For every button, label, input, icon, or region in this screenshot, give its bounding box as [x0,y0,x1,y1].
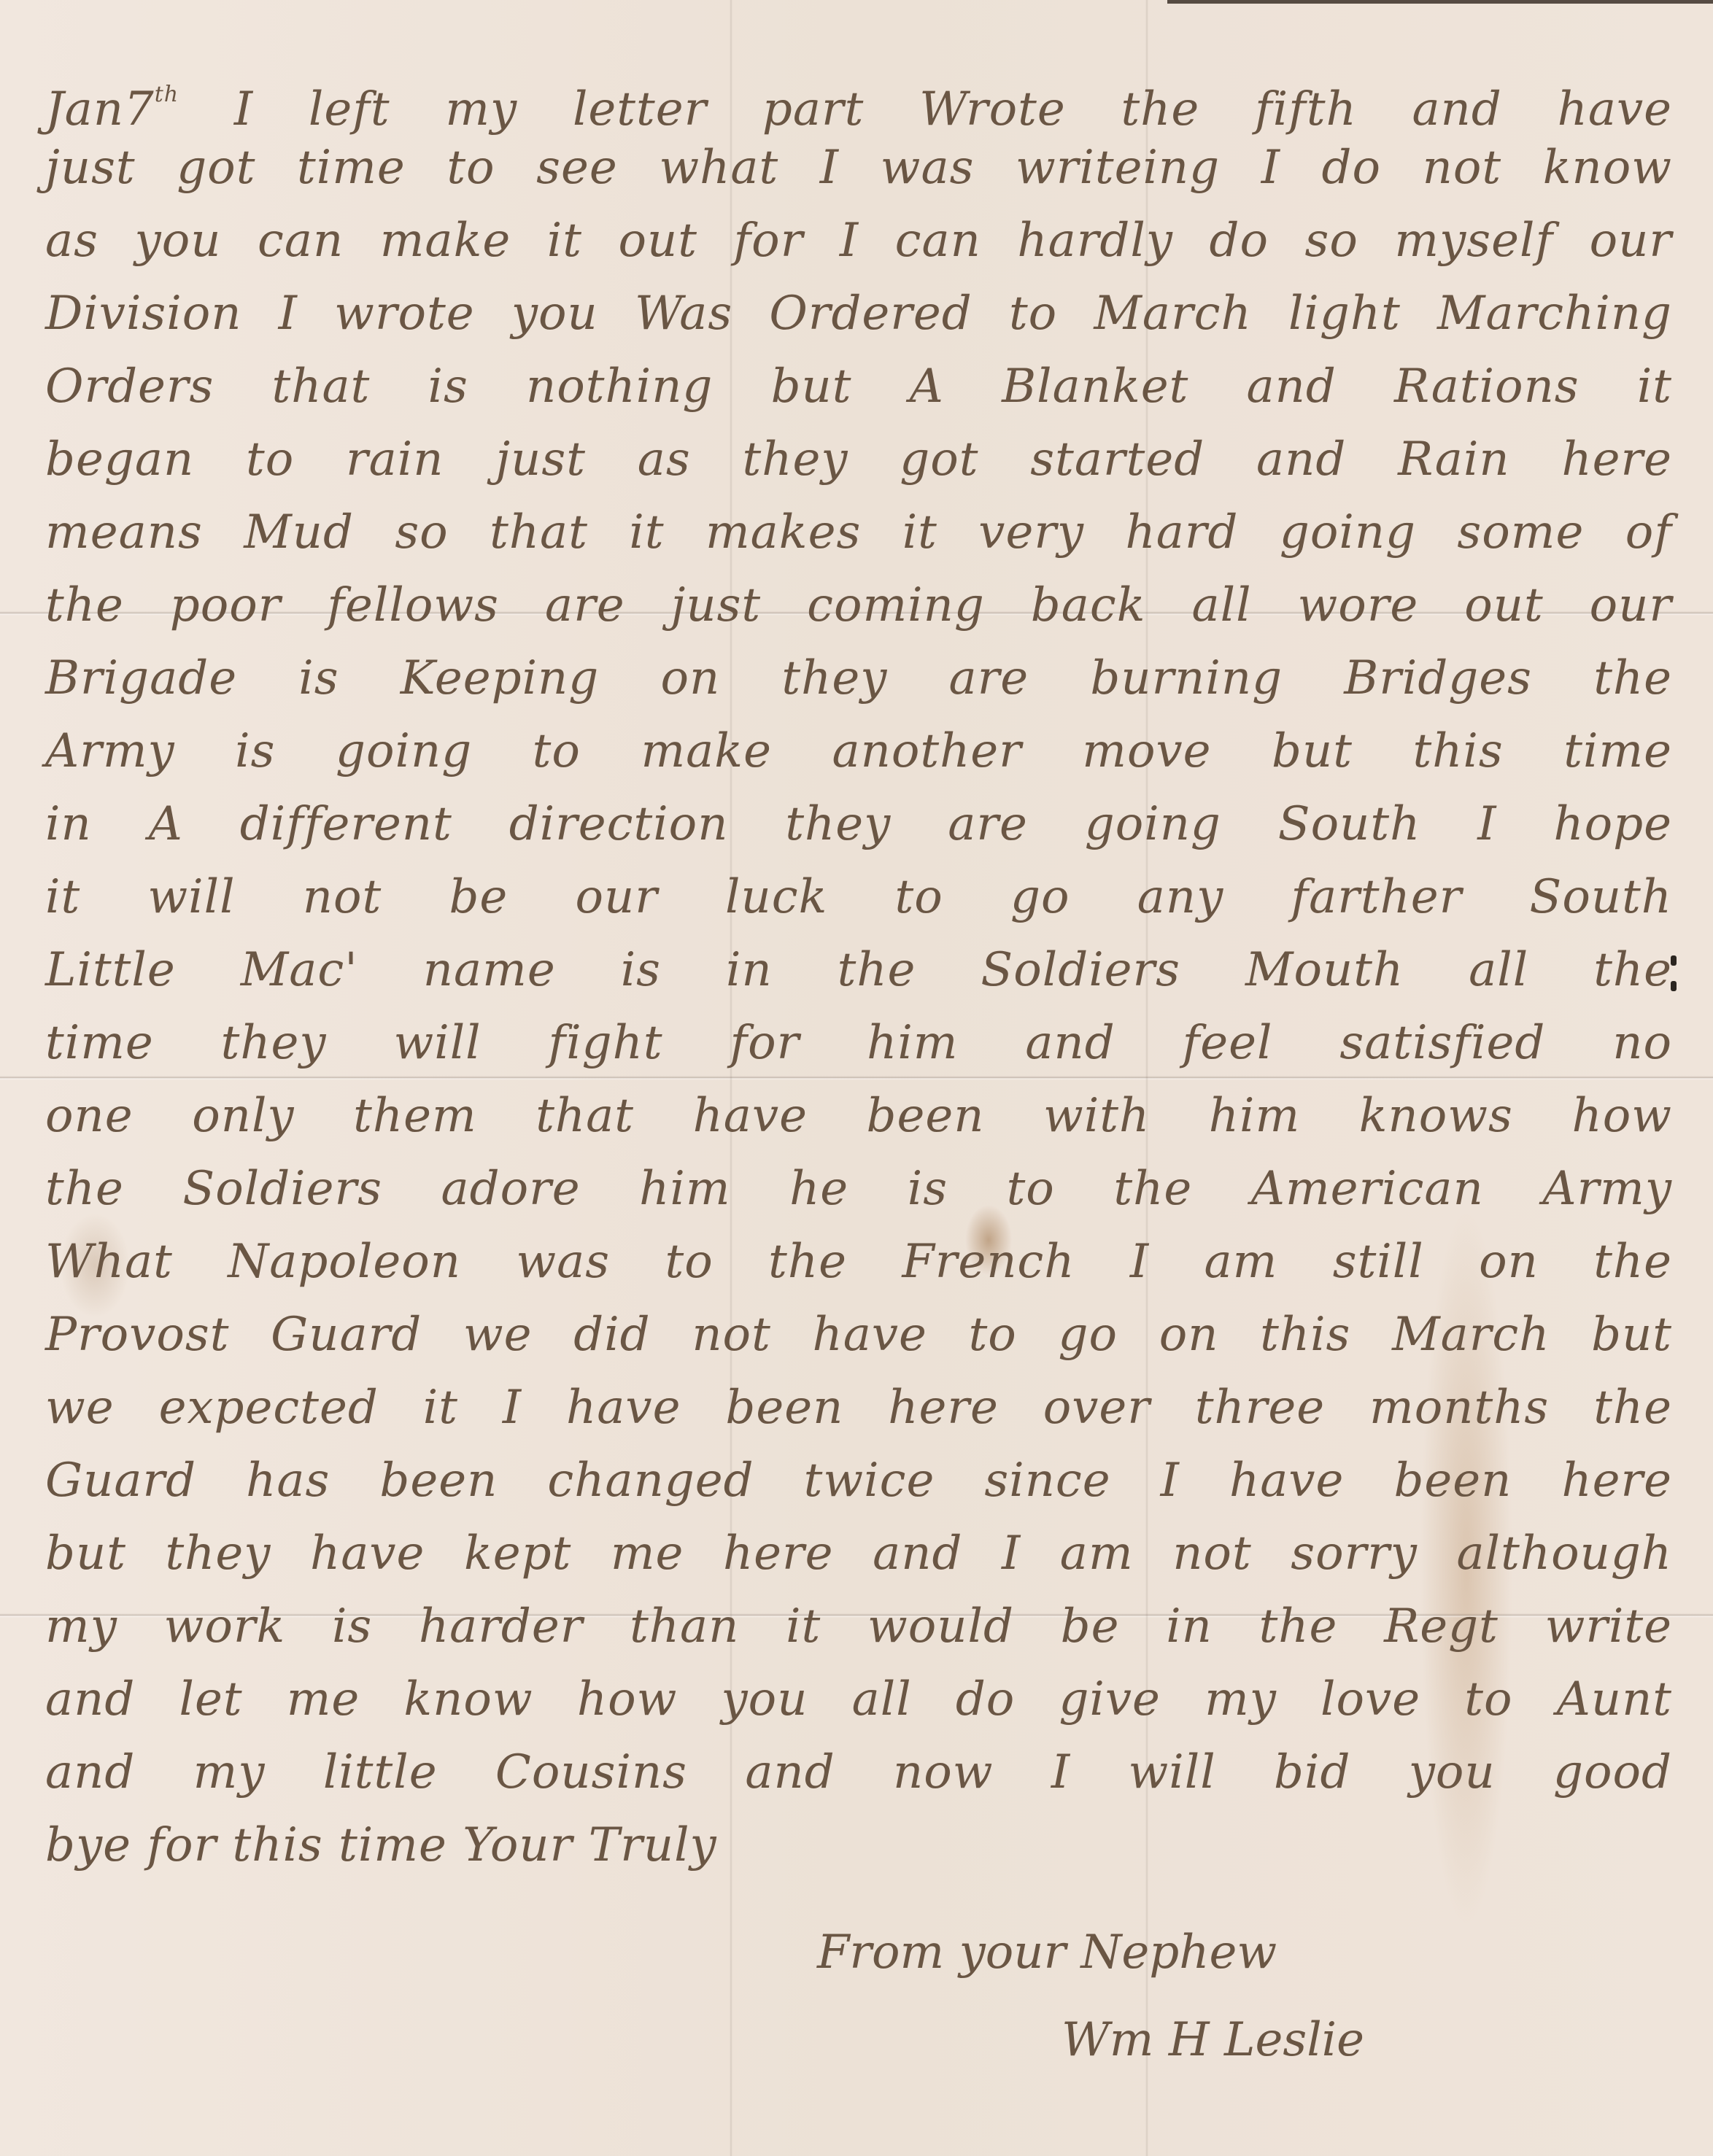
letter-line: bye for this time Your Truly [45,1809,1672,1882]
date-ordinal: th [155,82,179,107]
letter-line: Division I wrote you Was Ordered to Marc… [45,277,1672,350]
letter-line: Army is going to make another move but t… [45,715,1672,788]
date-day: 7 [124,82,155,136]
letter-line: time they will fight for him and feel sa… [45,1007,1672,1079]
letter-line: my work is harder than it would be in th… [45,1590,1672,1663]
letter-line: Little Mac' name is in the Soldiers Mout… [45,934,1672,1007]
letter-line: it will not be our luck to go any farthe… [45,861,1672,934]
closing-line: From your Nephew [817,1926,1277,1979]
letter-line: but they have kept me here and I am not … [45,1517,1672,1590]
letter-line: the poor fellows are just coming back al… [45,569,1672,642]
date-month: Jan [45,82,124,136]
letter-body: Jan7th I left my letter part Wrote the f… [45,58,1672,1882]
letter-line: Provost Guard we did not have to go on t… [45,1298,1672,1371]
letter-line: What Napoleon was to the French I am sti… [45,1225,1672,1298]
paper-top-edge [1167,0,1713,4]
letter-line: and let me know how you all do give my l… [45,1663,1672,1736]
letter-line: one only them that have been with him kn… [45,1079,1672,1152]
letter-line: and my little Cousins and now I will bid… [45,1736,1672,1809]
letter-line: the Soldiers adore him he is to the Amer… [45,1152,1672,1225]
letter-line: means Mud so that it makes it very hard … [45,496,1672,569]
letter-line: Brigade is Keeping on they are burning B… [45,642,1672,715]
letter-line: Jan7th I left my letter part Wrote the f… [45,58,1672,131]
signature: Wm H Leslie [1062,2013,1364,2067]
letter-line: we expected it I have been here over thr… [45,1371,1672,1444]
letter-line: began to rain just as they got started a… [45,423,1672,496]
letter-line: Orders that is nothing but A Blanket and… [45,350,1672,423]
letter-line: Guard has been changed twice since I hav… [45,1444,1672,1517]
letter-line: as you can make it out for I can hardly … [45,204,1672,277]
letter-line: just got time to see what I was writeing… [45,131,1672,204]
letter-line: in A different direction they are going … [45,788,1672,861]
line-text: I left my letter part Wrote the fifth an… [234,82,1672,136]
